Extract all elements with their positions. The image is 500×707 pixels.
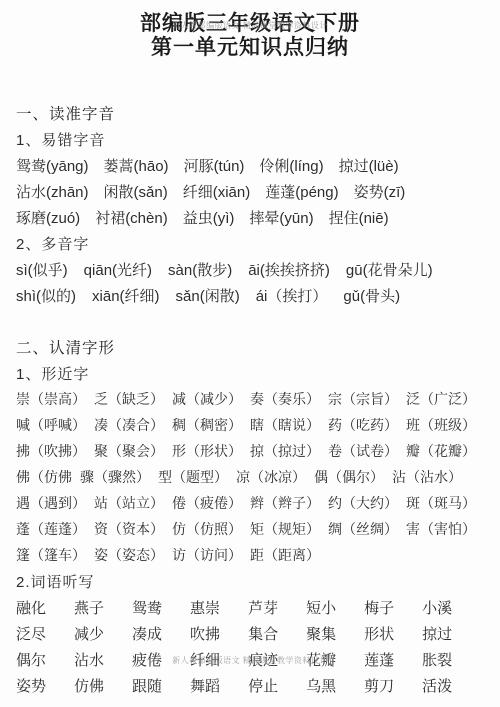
word-item: 泛尽	[16, 623, 46, 644]
word-item: 衬裙(chèn)	[95, 207, 168, 228]
word-row: 喊（呼喊）凑（凑合）稠（稠密）瞎（瞎说）药（吃药）班（班级）	[16, 412, 484, 438]
word-item: 约（大约）	[328, 493, 398, 513]
subsection-heading-similar-characters: 1、形近字	[16, 360, 484, 386]
word-item: 姿势	[16, 675, 46, 696]
subsection-heading-dictation-words: 2.词语听写	[16, 568, 484, 594]
word-item: ái（挨打）	[256, 285, 328, 306]
word-item: 遇（遇到）	[16, 493, 86, 513]
word-item: 仿佛	[74, 675, 104, 696]
word-item: 纤细	[190, 649, 220, 670]
word-item: 跟随	[132, 675, 162, 696]
word-row: 泛尽减少凑成吹拂集合聚集形状掠过	[16, 620, 484, 646]
word-item: 喊（呼喊）	[16, 415, 86, 435]
page-title-line-2: 第一单元知识点归纳	[16, 36, 484, 60]
word-item: 鸳鸯	[132, 597, 162, 618]
word-item: 仿（仿照）	[172, 519, 242, 539]
word-item: sǎn(闲散)	[176, 285, 240, 306]
word-row: 姿势仿佛跟随舞蹈停止乌黑剪刀活泼	[16, 672, 484, 698]
word-row: 拂（吹拂）聚（聚会）形（形状）掠（掠过）卷（试卷）瓣（花瓣）	[16, 438, 484, 464]
word-item: 莲蓬	[364, 649, 394, 670]
word-item: 沾（沾水）	[392, 467, 462, 487]
word-item: 型（题型）	[158, 467, 228, 487]
word-item: 站（站立）	[94, 493, 164, 513]
word-row: 琢磨(zuó)衬裙(chèn)益虫(yì)摔晕(yūn)捏住(niē)	[16, 204, 484, 230]
document-body: 部编版三年级语文下册 第一单元知识点归纳 一、读准字音 1、易错字音 鸳鸯(yā…	[0, 12, 500, 698]
word-item: 掠过	[422, 623, 452, 644]
word-item: 摔晕(yūn)	[249, 207, 313, 228]
word-item: 偶尔	[16, 649, 46, 670]
word-item: 蒌蒿(hāo)	[104, 155, 169, 176]
word-item: 芦芽	[248, 597, 278, 618]
word-item: sì(似乎)	[16, 259, 68, 280]
word-row: 遇（遇到）站（站立）倦（疲倦）辫（辫子）约（大约）斑（斑马）	[16, 490, 484, 516]
word-item: 伶俐(líng)	[259, 155, 323, 176]
word-item: 姿势(zī)	[354, 181, 406, 202]
word-item: 莲蓬(péng)	[265, 181, 338, 202]
word-row: sì(似乎)qiān(光纤)sàn(散步)āi(挨挨挤挤)gū(花骨朵儿)	[16, 256, 484, 282]
word-item: 瓣（花瓣）	[406, 441, 476, 461]
word-row: shì(似的)xiān(纤细)sǎn(闲散)ái（挨打）gǔ(骨头)	[16, 282, 484, 308]
word-item: 乏（缺乏）	[94, 389, 164, 409]
word-item: 短小	[306, 597, 336, 618]
word-item: 形状	[364, 623, 394, 644]
word-item: 集合	[248, 623, 278, 644]
word-item: 矩（规矩）	[250, 519, 320, 539]
word-item: 小溪	[422, 597, 452, 618]
word-item: 形（形状）	[172, 441, 242, 461]
word-row: 沾水(zhān)闲散(sǎn)纤细(xiān)莲蓬(péng)姿势(zī)	[16, 178, 484, 204]
word-item: 凉（冰凉）	[236, 467, 306, 487]
document-page: 新人教部编版语文 精品课堂教学资料设计 新人教部编版语文 精品课堂教学资料设计 …	[0, 0, 500, 707]
word-item: 乌黑	[306, 675, 336, 696]
word-item: 斑（斑马）	[406, 493, 476, 513]
word-item: 佛（仿佛	[16, 467, 72, 487]
word-item: 琢磨(zuó)	[16, 207, 80, 228]
word-item: 访（访问）	[172, 545, 242, 565]
word-item: qiān(光纤)	[84, 259, 152, 280]
word-row: 佛（仿佛骤（骤然）型（题型）凉（冰凉）偶（偶尔）沾（沾水）	[16, 464, 484, 490]
word-item: 河豚(tún)	[184, 155, 245, 176]
word-item: 药（吃药）	[328, 415, 398, 435]
word-item: 益虫(yì)	[183, 207, 235, 228]
word-item: 绸（丝绸）	[328, 519, 398, 539]
section-heading-character-forms: 二、认清字形	[16, 334, 484, 360]
word-item: 减少	[74, 623, 104, 644]
word-item: 宗（宗旨）	[328, 389, 398, 409]
word-item: 距（距离）	[250, 545, 320, 565]
word-item: 班（班级）	[406, 415, 476, 435]
word-item: 稠（稠密）	[172, 415, 242, 435]
word-item: 聚集	[306, 623, 336, 644]
word-item: 辫（辫子）	[250, 493, 320, 513]
word-item: gū(花骨朵儿)	[346, 259, 433, 280]
word-item: 害（害怕）	[406, 519, 476, 539]
word-item: 花瓣	[306, 649, 336, 670]
word-row: 鸳鸯(yāng)蒌蒿(hāo)河豚(tún)伶俐(líng)掠过(lüè)	[16, 152, 484, 178]
word-row: 蓬（莲蓬）资（资本）仿（仿照）矩（规矩）绸（丝绸）害（害怕）	[16, 516, 484, 542]
word-item: 瞎（瞎说）	[250, 415, 320, 435]
word-item: xiān(纤细)	[92, 285, 160, 306]
word-item: gǔ(骨头)	[343, 285, 400, 306]
word-item: 纤细(xiān)	[183, 181, 251, 202]
word-item: 凑成	[132, 623, 162, 644]
word-item: 崇（崇高）	[16, 389, 86, 409]
subsection-heading-error-prone-pinyin: 1、易错字音	[16, 126, 484, 152]
word-item: 减（减少）	[172, 389, 242, 409]
word-row: 篷（篷车）姿（姿态）访（访问）距（距离）	[16, 542, 484, 568]
word-item: 惠崇	[190, 597, 220, 618]
word-item: 卷（试卷）	[328, 441, 398, 461]
word-item: 吹拂	[190, 623, 220, 644]
word-item: 姿（姿态）	[94, 545, 164, 565]
word-item: 沾水	[74, 649, 104, 670]
word-item: 痕迹	[248, 649, 278, 670]
word-item: 疲倦	[132, 649, 162, 670]
word-item: 沾水(zhān)	[16, 181, 89, 202]
word-item: 篷（篷车）	[16, 545, 86, 565]
word-item: sàn(散步)	[168, 259, 232, 280]
subsection-heading-polyphones: 2、多音字	[16, 230, 484, 256]
word-row: 崇（崇高）乏（缺乏）减（减少）奏（奏乐）宗（宗旨）泛（广泛）	[16, 386, 484, 412]
word-row: 融化燕子鸳鸯惠崇芦芽短小梅子小溪	[16, 594, 484, 620]
word-item: 骤（骤然）	[80, 467, 150, 487]
word-item: 燕子	[74, 597, 104, 618]
word-item: 停止	[248, 675, 278, 696]
word-item: 闲散(sǎn)	[104, 181, 168, 202]
word-item: 资（资本）	[94, 519, 164, 539]
word-item: 梅子	[364, 597, 394, 618]
word-item: āi(挨挨挤挤)	[248, 259, 330, 280]
word-item: 胀裂	[422, 649, 452, 670]
word-item: 剪刀	[364, 675, 394, 696]
word-item: 蓬（莲蓬）	[16, 519, 86, 539]
word-item: 偶（偶尔）	[314, 467, 384, 487]
word-item: shì(似的)	[16, 285, 76, 306]
word-item: 凑（凑合）	[94, 415, 164, 435]
title-block: 部编版三年级语文下册 第一单元知识点归纳	[16, 12, 484, 60]
word-item: 掠过(lüè)	[339, 155, 399, 176]
word-item: 舞蹈	[190, 675, 220, 696]
word-item: 聚（聚会）	[94, 441, 164, 461]
word-item: 倦（疲倦）	[172, 493, 242, 513]
word-item: 泛（广泛）	[406, 389, 476, 409]
section-heading-pronunciation: 一、读准字音	[16, 100, 484, 126]
word-item: 捏住(niē)	[329, 207, 389, 228]
word-item: 融化	[16, 597, 46, 618]
word-item: 奏（奏乐）	[250, 389, 320, 409]
word-item: 掠（掠过）	[250, 441, 320, 461]
word-row: 偶尔沾水疲倦纤细痕迹花瓣莲蓬胀裂	[16, 646, 484, 672]
word-item: 鸳鸯(yāng)	[16, 155, 89, 176]
word-item: 拂（吹拂）	[16, 441, 86, 461]
page-title-line-1: 部编版三年级语文下册	[16, 12, 484, 36]
word-item: 活泼	[422, 675, 452, 696]
